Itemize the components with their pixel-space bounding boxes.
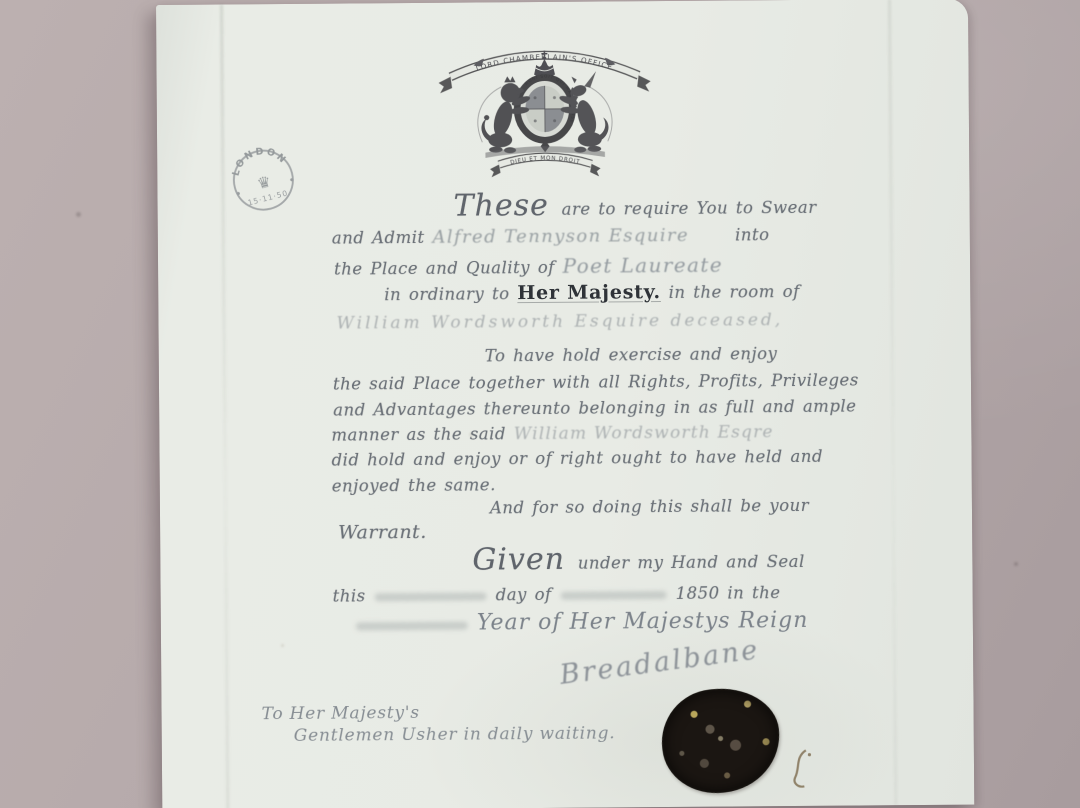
wall-speck [76,212,81,217]
warrant-line-so-doing: And for so doing this shall be your [490,496,809,518]
warrant-line-hold: To have hold exercise and enjoy [485,344,778,365]
appointee-name: Alfred Tennyson Esquire [432,225,689,248]
lord-chamberlain-signature: Breadalbane [558,634,761,691]
date-line: thisday of1850 in the [333,583,781,606]
stamp-crown-icon: ♛ [255,172,273,193]
paper-crease [220,4,229,808]
ink-squiggle [786,745,816,793]
paper-crease [888,0,897,805]
faded-ink-smudge [375,592,487,601]
warrant-line-advantages: and Advantages thereunto belonging in as… [333,397,856,420]
predecessor-name-faded: William Wordsworth Esqre [514,422,774,444]
office-name: Poet Laureate [563,253,724,278]
motto-ribbon: DIEU ET MON DROIT [490,155,601,177]
opening-word: These [453,188,549,224]
warrant-line-rights: the said Place together with all Rights,… [333,370,859,393]
wax-seal [656,682,785,799]
address-line-2: Gentlemen Usher in daily waiting. [294,723,616,746]
wall-speck [1014,562,1018,566]
warrant-line-admit: and Admit Alfred Tennyson Esquireinto [332,224,770,248]
faded-ink-smudge [561,591,667,600]
her-majesty-text: Her Majesty. [517,281,661,304]
predecessor-name-line: William Wordsworth Esquire deceased, [336,310,783,334]
warrant-line-office: the Place and Quality of Poet Laureate [334,253,723,280]
warrant-line-majesty: in ordinary to Her Majesty. in the room … [384,280,800,305]
warrant-line-opening: These are to require You to Swear [453,186,816,224]
faded-ink-smudge [356,621,468,630]
wall-background: LORD CHAMBERLAIN'S OFFICE HONI SOIT QUI … [0,0,1080,808]
warrant-line-given: Given under my Hand and Seal [472,540,805,578]
royal-coat-of-arms: LORD CHAMBERLAIN'S OFFICE HONI SOIT QUI … [432,27,657,179]
regnal-year-line: Year of Her Majestys Reign [347,608,809,637]
london-date-stamp: LONDON ♛ 15·11·50 [225,142,302,219]
warrant-line-enjoyed: enjoyed the same. [332,475,496,495]
warrant-line-warrant: Warrant. [338,521,427,544]
stamp-date-text: 15·11·50 [247,188,289,207]
given-word: Given [472,542,565,578]
warrant-line-manner: manner as the said William Wordsworth Es… [331,422,773,445]
warrant-document-page: LORD CHAMBERLAIN'S OFFICE HONI SOIT QUI … [156,0,974,808]
address-line-1: To Her Majesty's [261,703,419,724]
warrant-line-did-hold: did hold and enjoy or of right ought to … [332,447,824,470]
